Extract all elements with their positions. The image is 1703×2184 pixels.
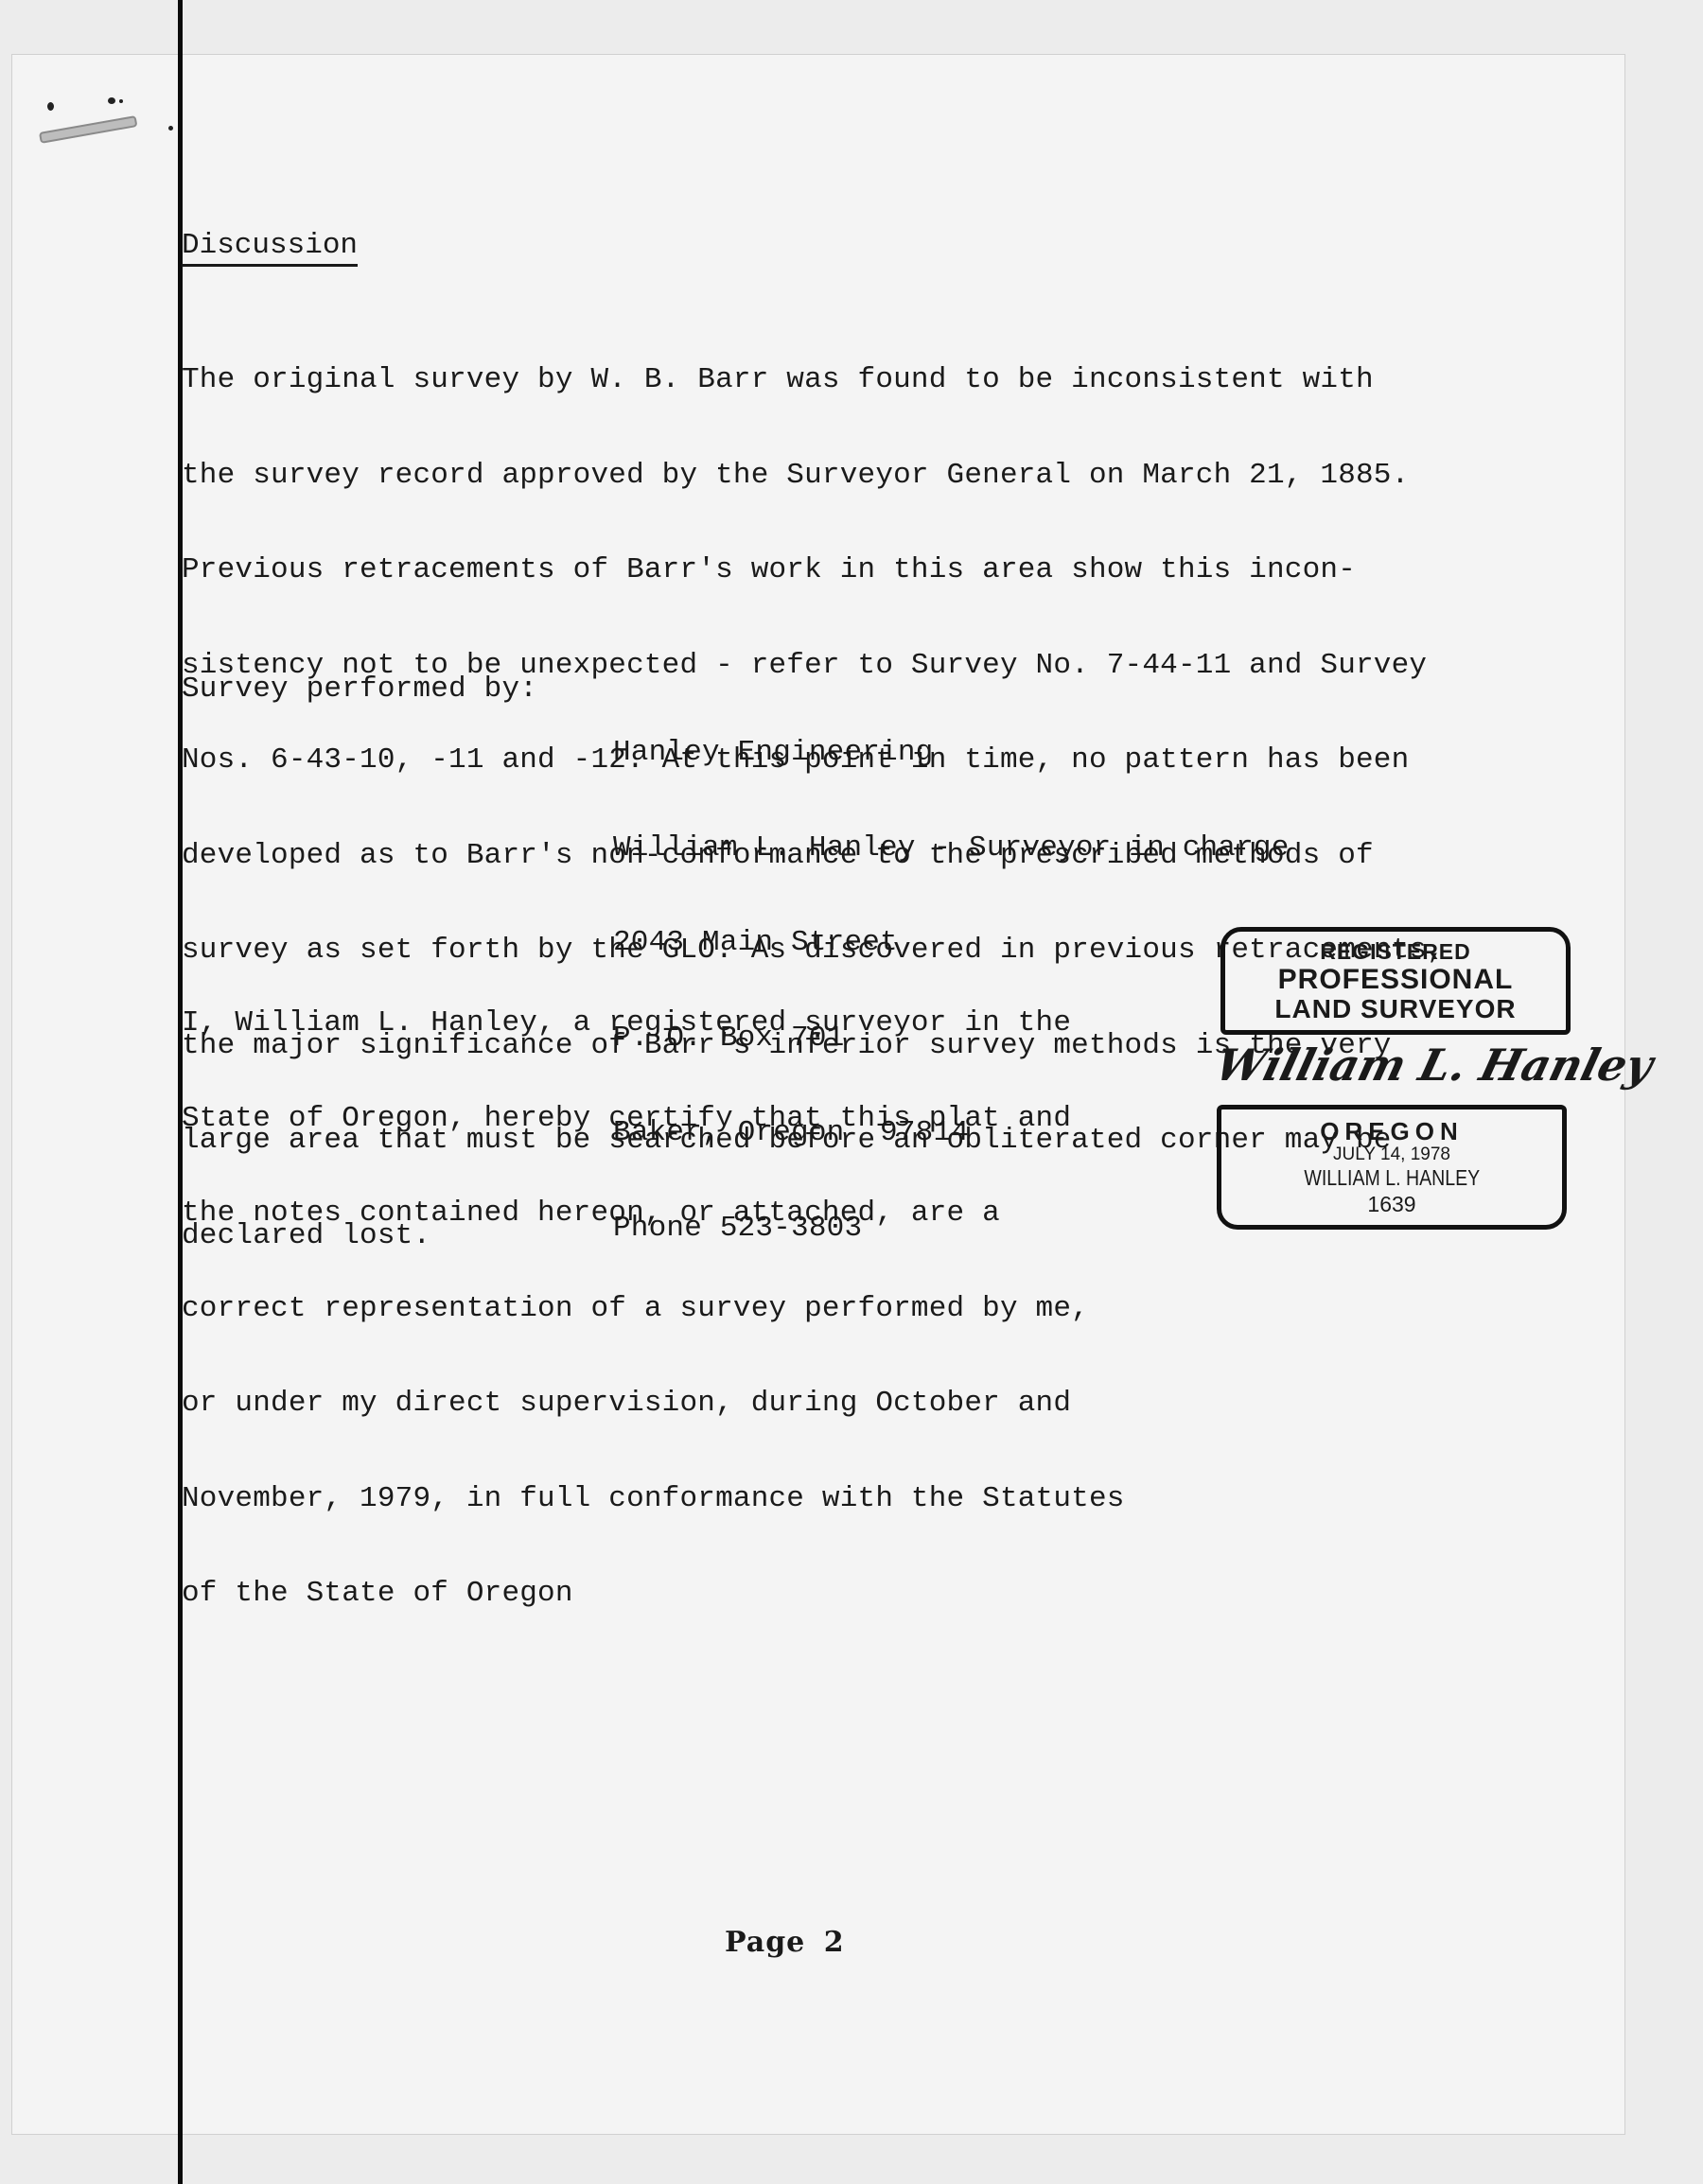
text-line: The original survey by W. B. Barr was fo… xyxy=(182,364,1445,396)
text-line: November, 1979, in full conformance with… xyxy=(182,1483,1125,1515)
surveyor-seal-stamp: REGISTERED PROFESSIONAL LAND SURVEYOR Wi… xyxy=(1213,917,1582,1230)
stamp-line-land-surveyor: LAND SURVEYOR xyxy=(1274,995,1516,1023)
stamp-line-registered: REGISTERED xyxy=(1320,938,1471,965)
text-line: or under my direct supervision, during O… xyxy=(182,1388,1125,1420)
text-line: the survey record approved by the Survey… xyxy=(182,460,1445,492)
page-number: Page 2 xyxy=(725,1926,845,1959)
stamp-license-box: OREGON JULY 14, 1978 WILLIAM L. HANLEY 1… xyxy=(1217,1105,1567,1230)
performed-by-label: Survey performed by: xyxy=(182,673,537,706)
section-heading-discussion: Discussion xyxy=(182,230,358,267)
text-line: Previous retracements of Barr's work in … xyxy=(182,554,1445,586)
certification-statement: I, William L. Hanley, a registered surve… xyxy=(182,944,1125,1641)
stamp-date: JULY 14, 1978 xyxy=(1333,1144,1450,1164)
text-line: the notes contained hereon, or attached,… xyxy=(182,1197,1125,1230)
stamp-state: OREGON xyxy=(1320,1118,1464,1144)
stamp-license-number: 1639 xyxy=(1367,1191,1415,1217)
speck-mark xyxy=(119,99,123,103)
text-line: correct representation of a survey perfo… xyxy=(182,1293,1125,1325)
stamp-name: WILLIAM L. HANLEY xyxy=(1304,1164,1480,1191)
text-line: of the State of Oregon xyxy=(182,1578,1125,1610)
company-name: Hanley Engineering xyxy=(613,737,1290,769)
text-line: I, William L. Hanley, a registered surve… xyxy=(182,1007,1125,1040)
stamp-line-professional: PROFESSIONAL xyxy=(1278,965,1514,995)
handwritten-signature: William L. Hanley xyxy=(1210,1039,1592,1092)
speck-mark xyxy=(47,102,54,111)
text-line: State of Oregon, hereby certify that thi… xyxy=(182,1103,1125,1135)
speck-mark xyxy=(108,97,115,104)
stamp-registration-box: REGISTERED PROFESSIONAL LAND SURVEYOR xyxy=(1220,927,1571,1035)
speck-mark xyxy=(168,126,173,131)
surveyor-in-charge: William L. Hanley - Surveyor in charge xyxy=(613,832,1290,865)
